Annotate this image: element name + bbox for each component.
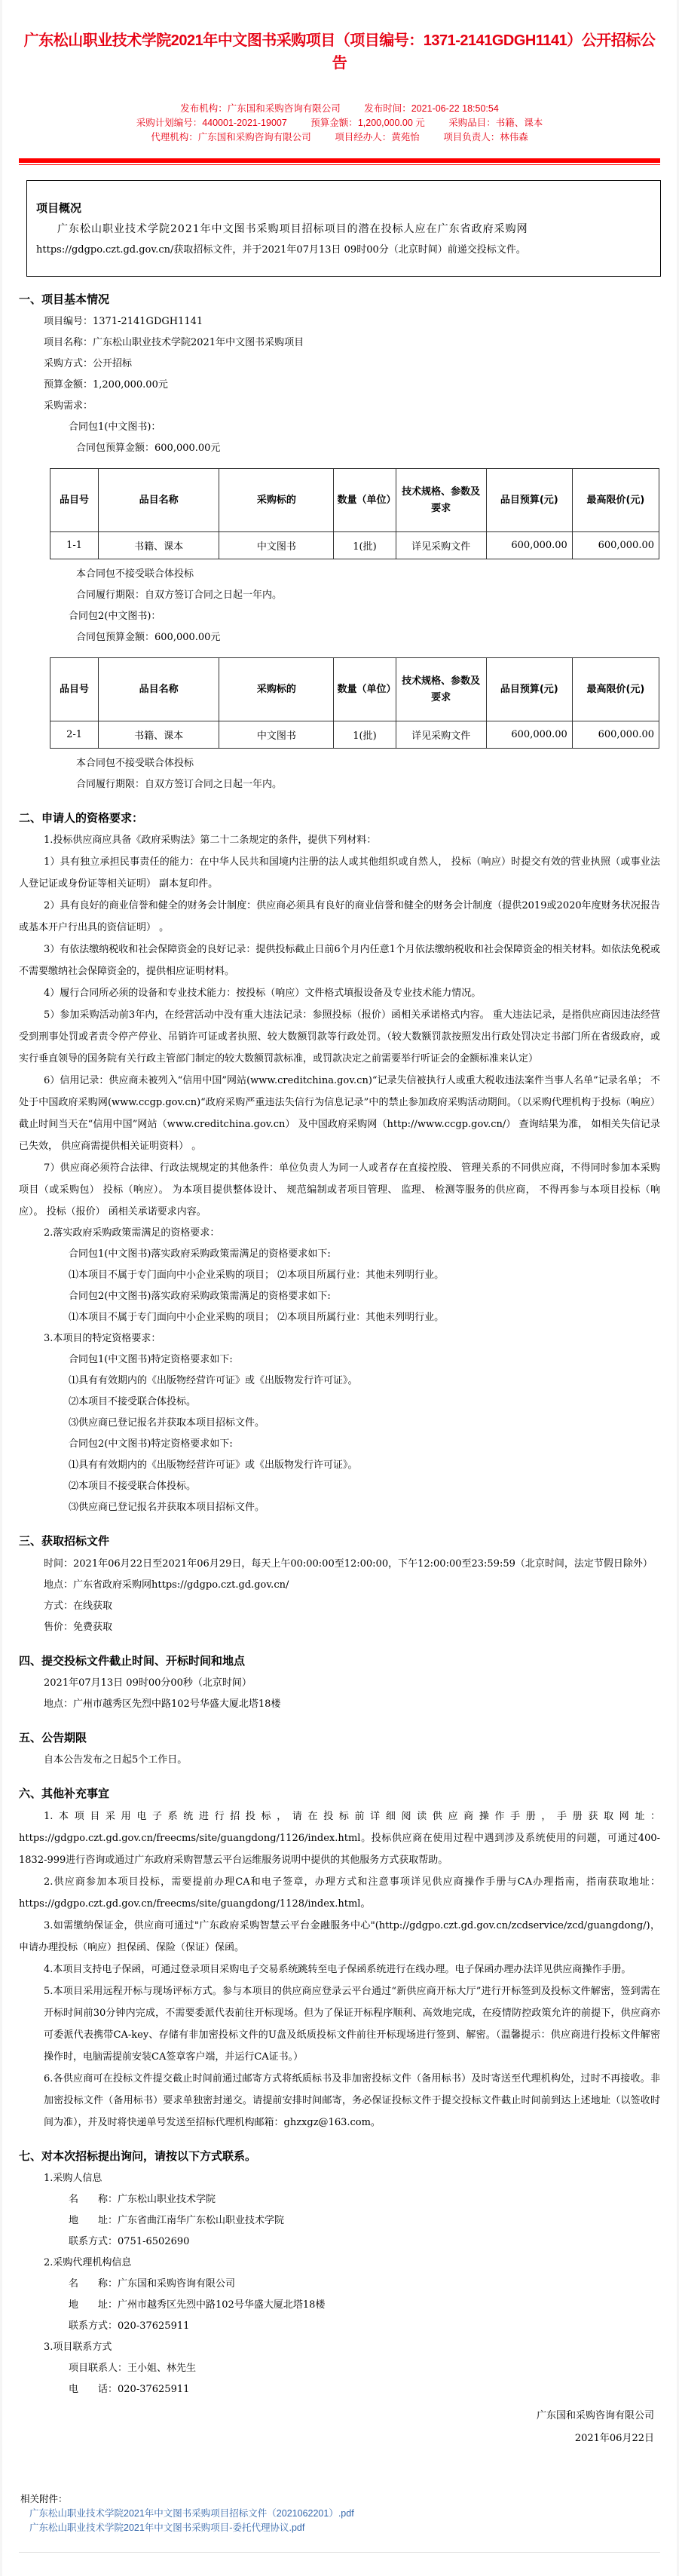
agency-info-title: 2.采购代理机构信息	[19, 2253, 660, 2274]
section-4-heading: 四、提交投标文件截止时间、开标时间和地点	[19, 1649, 660, 1673]
project-number: 项目编号：1371-2141GDGH1141	[19, 311, 660, 332]
opening-place: 地点：广州市越秀区先烈中路102号华盛大厦北塔18楼	[19, 1694, 660, 1715]
project-name: 项目名称：广东松山职业技术学院2021年中文图书采购项目	[19, 332, 660, 354]
col-item-no: 品目号	[50, 469, 99, 532]
package-1-table: 品目号 品目名称 采购标的 数量（单位） 技术规格、参数及要求 品目预算(元) …	[50, 468, 659, 559]
obtain-time: 时间：2021年06月22日至2021年06月29日，每天上午00:00:00至…	[19, 1553, 660, 1575]
col-max-price: 最高限价(元)	[572, 658, 659, 721]
col-target: 采购标的	[219, 469, 334, 532]
policy-package-1-text: ⑴本项目不属于专门面向中小企业采购的项目； ⑵本项目所属行业：其他未列明行业。	[19, 1265, 660, 1286]
section-2-heading: 二、申请人的资格要求：	[19, 806, 660, 830]
cell-item-name: 书籍、课本	[99, 532, 219, 559]
qualification-item-2: 2.落实政府采购政策需满足的资格要求：	[19, 1223, 660, 1244]
specific-package-2-line-1: ⑴具有有效期内的《出版物经营许可证》或《出版物发行许可证》。	[19, 1455, 660, 1476]
col-max-price: 最高限价(元)	[572, 469, 659, 532]
package-2-joint-bid: 本合同包不接受联合体投标	[19, 753, 660, 774]
col-qty: 数量（单位）	[334, 658, 396, 721]
section-6-heading: 六、其他补充事宜	[19, 1781, 660, 1806]
supplement-p3: 3.如需缴纳保证金，供应商可通过"广东政府采购智慧云平台金融服务中心"(http…	[19, 1915, 660, 1959]
table-header-row: 品目号 品目名称 采购标的 数量（单位） 技术规格、参数及要求 品目预算(元) …	[50, 658, 659, 721]
purchase-category: 采购品目：书籍、课本	[448, 118, 543, 128]
col-item-budget: 品目预算(元)	[486, 658, 572, 721]
section-1-heading: 一、项目基本情况	[19, 287, 660, 311]
footer-divider	[19, 2552, 660, 2553]
notice-page: 广东松山职业技术学院2021年中文图书采购项目（项目编号：1371-2141GD…	[2, 0, 677, 2576]
header-divider	[19, 158, 660, 165]
policy-package-2-text: ⑴本项目不属于专门面向中小企业采购的项目； ⑵本项目所属行业：其他未列明行业。	[19, 1307, 660, 1328]
notice-period: 自本公告发布之日起5个工作日。	[19, 1750, 660, 1771]
col-item-budget: 品目预算(元)	[486, 469, 572, 532]
project-contact-person: 项目联系人：王小姐、林先生	[19, 2358, 660, 2379]
publish-time: 发布时间：2021-06-22 18:50:54	[364, 103, 499, 114]
col-item-name: 品目名称	[99, 469, 219, 532]
deadline-time: 2021年07月13日 09时00分00秒（北京时间）	[19, 1673, 660, 1694]
attachment-link-agency-agreement[interactable]: 广东松山职业技术学院2021年中文图书采购项目-委托代理协议.pdf	[20, 2521, 660, 2535]
obtain-price: 售价：免费获取	[19, 1617, 660, 1638]
package-1-joint-bid: 本合同包不接受联合体投标	[19, 564, 660, 585]
qualification-p4: 4）履行合同所必须的设备和专业技术能力：按投标（响应）文件格式填报设备及专业技术…	[19, 982, 660, 1004]
attachments-label: 相关附件：	[20, 2492, 660, 2507]
cell-target: 中文图书	[219, 532, 334, 559]
purchase-demand: 采购需求：	[19, 396, 660, 417]
package-1-title: 合同包1(中文图书)：	[19, 417, 660, 438]
cell-item-no: 1-1	[50, 532, 99, 559]
cell-item-budget: 600,000.00	[486, 532, 572, 559]
specific-package-2-line-3: ⑶供应商已登记报名并获取本项目招标文件。	[19, 1497, 660, 1518]
supplement-p1: 1.本项目采用电子系统进行招投标，请在投标前详细阅读供应商操作手册，手册获取网址…	[19, 1806, 660, 1871]
attachments: 相关附件： 广东松山职业技术学院2021年中文图书采购项目招标文件（202106…	[19, 2492, 660, 2535]
cell-spec: 详见采购文件	[396, 532, 486, 559]
table-header-row: 品目号 品目名称 采购标的 数量（单位） 技术规格、参数及要求 品目预算(元) …	[50, 469, 659, 532]
package-1-budget: 合同包预算金额：600,000.00元	[19, 438, 660, 459]
qualification-p2: 2）具有良好的商业信誉和健全的财务会计制度：供应商必须具有良好的商业信誉和健全的…	[19, 895, 660, 939]
signature-date: 2021年06月22日	[19, 2427, 660, 2450]
cell-max-price: 600,000.00	[572, 721, 659, 749]
purchaser-address: 地 址：广东省曲江南华广东松山职业技术学院	[19, 2210, 660, 2231]
package-2-table: 品目号 品目名称 采购标的 数量（单位） 技术规格、参数及要求 品目预算(元) …	[50, 657, 659, 749]
plan-number: 采购计划编号：440001-2021-19007	[136, 118, 287, 128]
policy-package-1-title: 合同包1(中文图书)落实政府采购政策需满足的资格要求如下:	[19, 1244, 660, 1265]
qualification-p6: 6）信用记录：供应商未被列入“信用中国”网站(www.creditchina.g…	[19, 1070, 660, 1157]
col-spec: 技术规格、参数及要求	[396, 469, 486, 532]
col-qty: 数量（单位）	[334, 469, 396, 532]
purchase-method: 采购方式：公开招标	[19, 354, 660, 375]
meta-row-1: 发布机构：广东国和采购咨询有限公司 发布时间：2021-06-22 18:50:…	[19, 102, 660, 116]
qualification-p5: 5）参加采购活动前3年内，在经营活动中没有重大违法记录：参照投标（报价）函相关承…	[19, 1004, 660, 1070]
supplement-p4: 4.本项目支持电子保函，可通过登录项目采购电子交易系统跳转至电子保函系统进行在线…	[19, 1959, 660, 1980]
section-7-heading: 七、对本次招标提出询问，请按以下方式联系。	[19, 2144, 660, 2168]
project-contact-title: 3.项目联系方式	[19, 2337, 660, 2358]
purchaser-info-title: 1.采购人信息	[19, 2168, 660, 2189]
cell-target: 中文图书	[219, 721, 334, 749]
package-2-budget: 合同包预算金额：600,000.00元	[19, 627, 660, 648]
overview-box: 项目概况 广东松山职业技术学院2021年中文图书采购项目招标项目的潜在投标人应在…	[26, 180, 661, 277]
package-2-period: 合同履行期限：自双方签订合同之日起一年内。	[19, 774, 660, 795]
specific-package-2-line-2: ⑵本项目不接受联合体投标。	[19, 1476, 660, 1497]
package-1-period: 合同履行期限：自双方签订合同之日起一年内。	[19, 585, 660, 606]
purchaser-name: 名 称：广东松山职业技术学院	[19, 2189, 660, 2210]
specific-package-1-title: 合同包1(中文图书)特定资格要求如下:	[19, 1349, 660, 1371]
qualification-p1: 1）具有独立承担民事责任的能力：在中华人民共和国境内注册的法人或其他组织或自然人…	[19, 851, 660, 895]
overview-heading: 项目概况	[36, 198, 651, 219]
obtain-method: 方式：在线获取	[19, 1596, 660, 1617]
table-row: 1-1 书籍、课本 中文图书 1(批) 详见采购文件 600,000.00 60…	[50, 532, 659, 559]
section-5-heading: 五、公告期限	[19, 1726, 660, 1750]
qualification-p3: 3）有依法缴纳税收和社会保障资金的良好记录：提供投标截止日前6个月内任意1个月依…	[19, 939, 660, 982]
table-row: 2-1 书籍、课本 中文图书 1(批) 详见采购文件 600,000.00 60…	[50, 721, 659, 749]
qualification-item-3: 3.本项目的特定资格要求：	[19, 1328, 660, 1349]
policy-package-2-title: 合同包2(中文图书)落实政府采购政策需满足的资格要求如下:	[19, 1286, 660, 1307]
col-target: 采购标的	[219, 658, 334, 721]
cell-spec: 详见采购文件	[396, 721, 486, 749]
cell-qty: 1(批)	[334, 532, 396, 559]
project-contact-phone: 电 话：020-37625911	[19, 2379, 660, 2400]
notice-meta: 发布机构：广东国和采购咨询有限公司 发布时间：2021-06-22 18:50:…	[19, 102, 660, 145]
attachment-link-tender-doc[interactable]: 广东松山职业技术学院2021年中文图书采购项目招标文件（2021062201）.…	[20, 2507, 660, 2521]
supplement-p5: 5.本项目采用远程开标与现场评标方式。参与本项目的供应商应登录云平台通过“新供应…	[19, 1980, 660, 2068]
budget: 预算金额：1,200,000.00元	[19, 375, 660, 396]
qualification-p7: 7）供应商必须符合法律、行政法规规定的其他条件：单位负责人为同一人或者存在直接控…	[19, 1157, 660, 1223]
overview-text-1: 广东松山职业技术学院2021年中文图书采购项目招标项目的潜在投标人应在广东省政府…	[36, 219, 651, 240]
specific-package-2-title: 合同包2(中文图书)特定资格要求如下:	[19, 1434, 660, 1455]
agency-address: 地 址：广州市越秀区先烈中路102号华盛大厦北塔18楼	[19, 2295, 660, 2316]
meta-row-3: 代理机构：广东国和采购咨询有限公司 项目经办人：黄苑怡 项目负责人：林伟森	[19, 130, 660, 145]
col-spec: 技术规格、参数及要求	[396, 658, 486, 721]
notice-title: 广东松山职业技术学院2021年中文图书采购项目（项目编号：1371-2141GD…	[19, 4, 660, 75]
cell-item-name: 书籍、课本	[99, 721, 219, 749]
specific-package-1-line-2: ⑵本项目不接受联合体投标。	[19, 1392, 660, 1413]
cell-max-price: 600,000.00	[572, 532, 659, 559]
col-item-no: 品目号	[50, 658, 99, 721]
specific-package-1-line-3: ⑶供应商已登记报名并获取本项目招标文件。	[19, 1413, 660, 1434]
qualification-item-1: 1.投标供应商应具备《政府采购法》第二十二条规定的条件，提供下列材料：	[19, 830, 660, 851]
cell-item-no: 2-1	[50, 721, 99, 749]
col-item-name: 品目名称	[99, 658, 219, 721]
agency: 代理机构：广东国和采购咨询有限公司	[151, 132, 311, 142]
budget-amount: 预算金额：1,200,000.00 元	[310, 118, 424, 128]
purchaser-phone: 联系方式：0751-6502690	[19, 2231, 660, 2253]
supplement-p2: 2.供应商参加本项目投标，需要提前办理CA和电子签章，办理方式和注意事项详见供应…	[19, 1871, 660, 1915]
publisher: 发布机构：广东国和采购咨询有限公司	[180, 103, 341, 114]
package-2-title: 合同包2(中文图书)：	[19, 606, 660, 627]
meta-row-2: 采购计划编号：440001-2021-19007 预算金额：1,200,000.…	[19, 116, 660, 130]
supplement-p6: 6.各供应商可在投标文件提交截止时间前通过邮寄方式将纸质标书及非加密投标文件（备…	[19, 2068, 660, 2133]
overview-text-2: https://gdgpo.czt.gd.gov.cn/获取招标文件，并于202…	[36, 240, 651, 261]
agency-name: 名 称：广东国和采购咨询有限公司	[19, 2274, 660, 2295]
agency-phone: 联系方式：020-37625911	[19, 2316, 660, 2337]
obtain-place: 地点：广东省政府采购网https://gdgpo.czt.gd.gov.cn/	[19, 1575, 660, 1596]
cell-item-budget: 600,000.00	[486, 721, 572, 749]
cell-qty: 1(批)	[334, 721, 396, 749]
signature-org: 广东国和采购咨询有限公司	[19, 2405, 660, 2427]
section-3-heading: 三、获取招标文件	[19, 1529, 660, 1553]
project-lead: 项目负责人：林伟森	[443, 132, 528, 142]
handler: 项目经办人：黄苑怡	[335, 132, 420, 142]
specific-package-1-line-1: ⑴具有有效期内的《出版物经营许可证》或《出版物发行许可证》。	[19, 1371, 660, 1392]
